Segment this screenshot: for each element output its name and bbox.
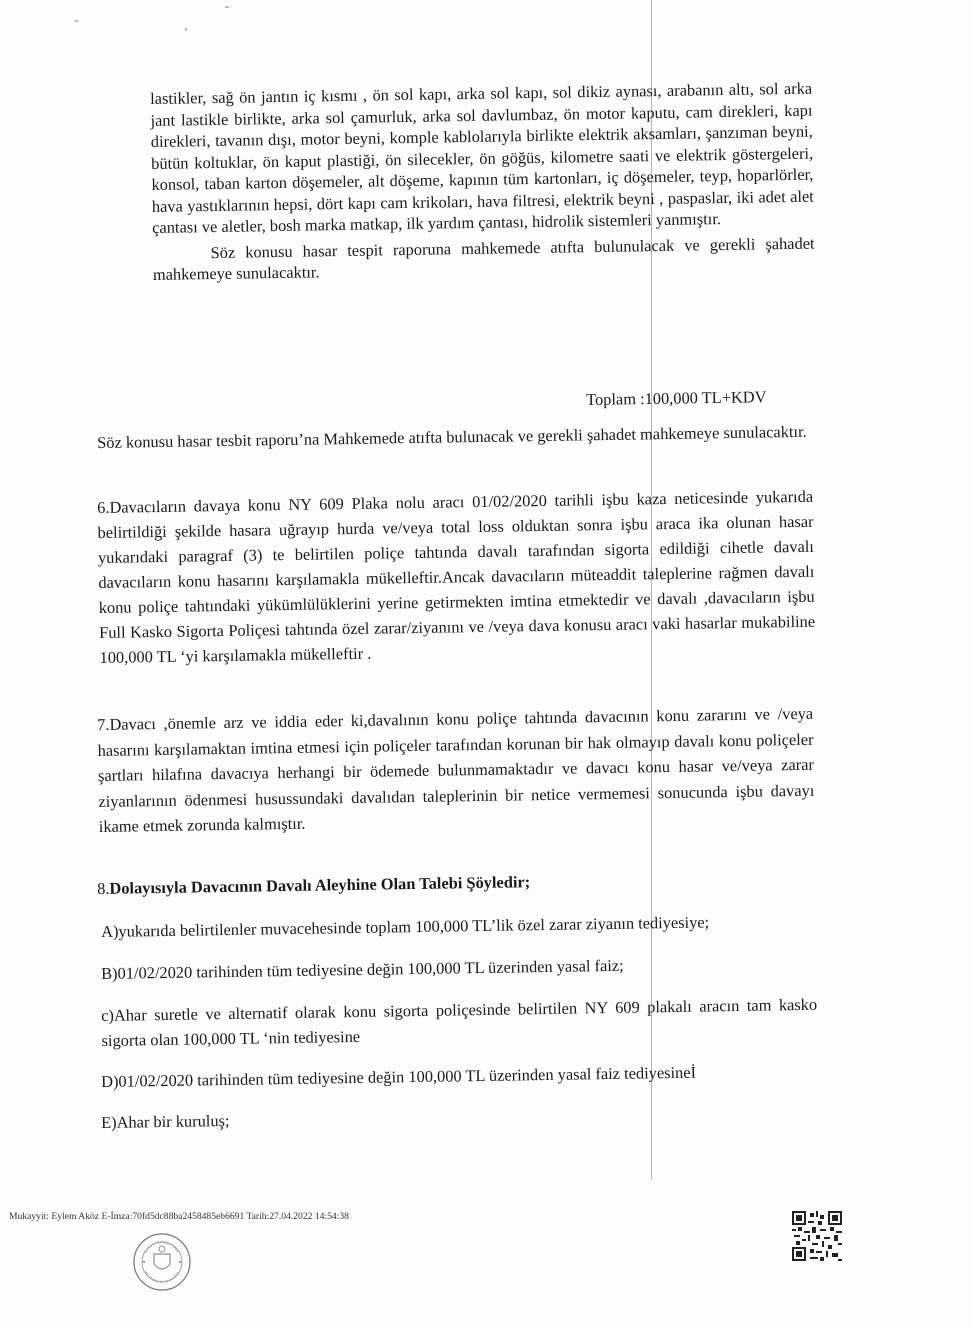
report-reference-paragraph: Söz konusu hasar tesbit raporu’na Mahkem… (97, 419, 813, 456)
claim-a: A)yukarıda belirtilenler muvacehesinde t… (101, 912, 709, 942)
damaged-parts-paragraph: lastikler, sağ ön jantın iç kısmı , ön s… (150, 78, 815, 286)
scan-speck (75, 20, 78, 22)
registrar-signature-line: Mukayyit: Eylem Aköz E-İmza:70fd5dc88ba2… (9, 1211, 349, 1222)
paragraph-8-heading: 8.Dolayısıyla Davacının Davalı Aleyhine … (97, 872, 530, 899)
total-value: 100,000 TL+KDV (644, 387, 766, 408)
paragraph-8-number: 8. (97, 879, 110, 898)
paragraph-7: 7.Davacı ,önemle arz ve iddia eder ki,da… (97, 701, 815, 840)
total-label: Toplam : (586, 389, 645, 409)
claim-b: B)01/02/2020 tarihinden tüm tediyesine d… (101, 956, 624, 984)
paragraph-8-title: Dolayısıyla Davacının Davalı Aleyhine Ol… (109, 872, 530, 898)
report-reference-sentence: Söz konusu hasar tespit raporuna mahkeme… (152, 232, 815, 285)
paragraph-6: 6.Davacıların davaya konu NY 609 Plaka n… (97, 484, 816, 670)
claim-c: c)Ahar suretle ve alternatif olarak konu… (101, 992, 818, 1053)
court-seal-icon (132, 1232, 192, 1292)
qr-code-icon (792, 1211, 842, 1261)
claim-e: E)Ahar bir kuruluş; (101, 1111, 230, 1133)
scan-speck (225, 6, 229, 8)
report-reference-text: Söz konusu hasar tesbit raporu’na Mahkem… (97, 419, 813, 456)
paragraph-6-text: 6.Davacıların davaya konu NY 609 Plaka n… (97, 484, 816, 670)
scan-speck (185, 28, 187, 31)
paragraph-7-text: 7.Davacı ,önemle arz ve iddia eder ki,da… (97, 701, 815, 840)
total-amount: Toplam :100,000 TL+KDV (586, 387, 767, 410)
damaged-parts-text: lastikler, sağ ön jantın iç kısmı , ön s… (150, 78, 814, 239)
claim-d: D)01/02/2020 tarihinden tüm tediyesine d… (101, 1063, 696, 1092)
document-page: lastikler, sağ ön jantın iç kısmı , ön s… (0, 0, 971, 1328)
